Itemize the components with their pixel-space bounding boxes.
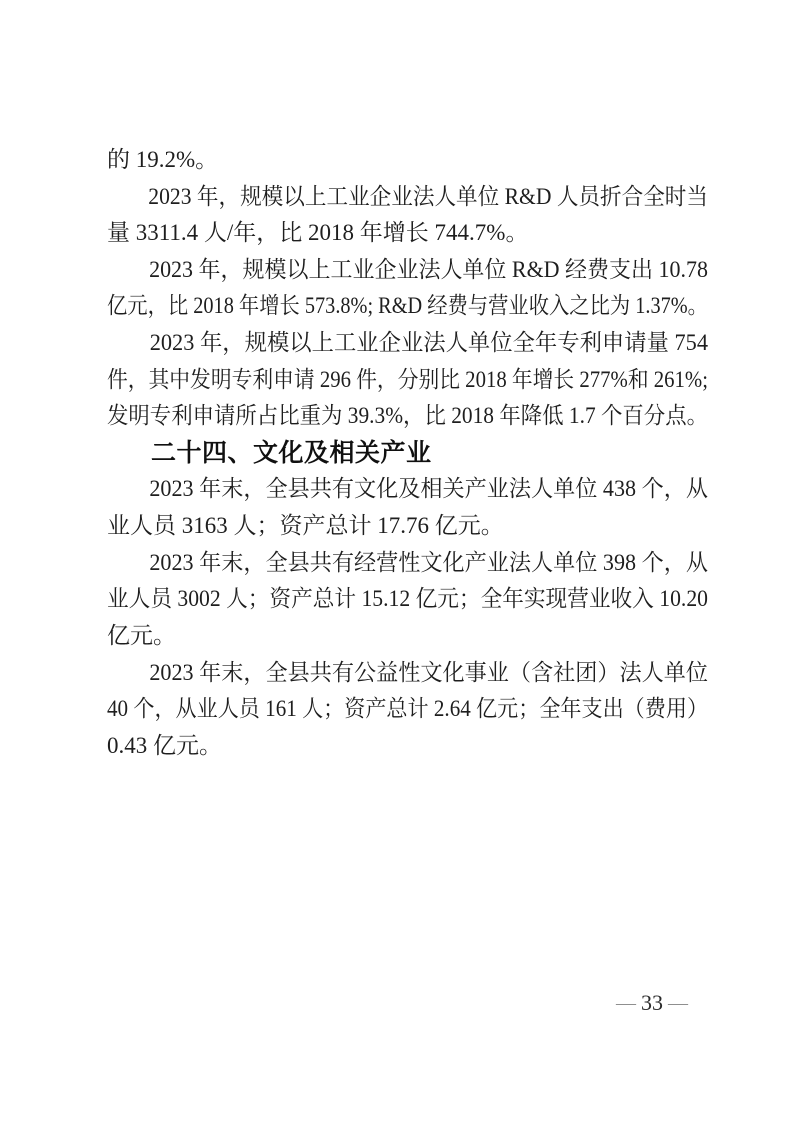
text-line: 的 19.2%。 [107,142,708,179]
text-run: 2023 年，规模以上工业企业法人单位 R&D 经费支出 10.78 [107,252,708,289]
text-line: 2023 年，规模以上工业企业法人单位 R&D 经费支出 10.78 [107,252,708,289]
text-run: 业人员 3163 人；资产总计 17.76 亿元。 [107,508,504,545]
text-line: 2023 年，规模以上工业企业法人单位全年专利申请量 754 [107,325,708,362]
text-line: 二十四、文化及相关产业 [107,435,708,472]
text-run: 量 3311.4 人/年，比 2018 年增长 744.7%。 [107,215,528,252]
text-run: 的 19.2%。 [107,142,218,179]
footer-dash-right: — [668,988,688,1018]
document-page: { "content": { "paragraphs": [ { "role":… [0,0,793,1122]
text-run: 0.43 亿元。 [107,728,222,765]
text-line: 2023 年末，全县共有公益性文化事业（含社团）法人单位 [107,655,708,692]
page-background: 的 19.2%。2023 年，规模以上工业企业法人单位 R&D 人员折合全时当量… [0,0,793,1122]
text-line: 业人员 3002 人；资产总计 15.12 亿元；全年实现营业收入 10.20 [107,581,708,618]
text-run: 二十四、文化及相关产业 [107,435,432,472]
paragraph: 2023 年末，全县共有公益性文化事业（含社团）法人单位40 个，从业人员 16… [107,655,708,765]
text-line: 2023 年，规模以上工业企业法人单位 R&D 人员折合全时当 [107,179,708,216]
section-heading: 二十四、文化及相关产业 [107,435,708,472]
page-footer: — 33 — [611,988,693,1018]
text-line: 量 3311.4 人/年，比 2018 年增长 744.7%。 [107,215,708,252]
paragraph: 2023 年，规模以上工业企业法人单位 R&D 经费支出 10.78亿元，比 2… [107,252,708,325]
footer-dash-left: — [616,988,636,1018]
paragraph: 2023 年，规模以上工业企业法人单位 R&D 人员折合全时当量 3311.4 … [107,179,708,252]
text-run: 2023 年末，全县共有经营性文化产业法人单位 398 个，从 [107,545,708,582]
text-run: 亿元，比 2018 年增长 573.8%; R&D 经费与营业收入之比为 1.3… [107,288,708,325]
paragraph: 的 19.2%。 [107,142,708,179]
text-run: 2023 年末，全县共有文化及相关产业法人单位 438 个，从 [107,471,708,508]
text-run: 2023 年末，全县共有公益性文化事业（含社团）法人单位 [107,655,708,692]
text-line: 40 个，从业人员 161 人；资产总计 2.64 亿元；全年支出（费用） [107,691,708,728]
paragraph: 2023 年，规模以上工业企业法人单位全年专利申请量 754件，其中发明专利申请… [107,325,708,435]
text-run: 业人员 3002 人；资产总计 15.12 亿元；全年实现营业收入 10.20 [107,581,708,618]
page-number: 33 [641,988,663,1018]
text-line: 2023 年末，全县共有经营性文化产业法人单位 398 个，从 [107,545,708,582]
text-line: 2023 年末，全县共有文化及相关产业法人单位 438 个，从 [107,471,708,508]
text-line: 0.43 亿元。 [107,728,708,765]
text-line: 亿元，比 2018 年增长 573.8%; R&D 经费与营业收入之比为 1.3… [107,288,708,325]
paragraph: 2023 年末，全县共有文化及相关产业法人单位 438 个，从业人员 3163 … [107,471,708,544]
text-line: 发明专利申请所占比重为 39.3%，比 2018 年降低 1.7 个百分点。 [107,398,708,435]
text-run: 40 个，从业人员 161 人；资产总计 2.64 亿元；全年支出（费用） [107,691,708,728]
text-run: 亿元。 [107,618,176,655]
text-run: 2023 年，规模以上工业企业法人单位 R&D 人员折合全时当 [107,179,708,216]
text-line: 件，其中发明专利申请 296 件，分别比 2018 年增长 277%和 261%… [107,362,708,399]
text-line: 亿元。 [107,618,708,655]
text-run: 件，其中发明专利申请 296 件，分别比 2018 年增长 277%和 261%… [107,362,708,399]
document-body: 的 19.2%。2023 年，规模以上工业企业法人单位 R&D 人员折合全时当量… [107,142,708,764]
text-run: 发明专利申请所占比重为 39.3%，比 2018 年降低 1.7 个百分点。 [107,398,708,435]
paragraph: 2023 年末，全县共有经营性文化产业法人单位 398 个，从业人员 3002 … [107,545,708,655]
text-line: 业人员 3163 人；资产总计 17.76 亿元。 [107,508,708,545]
text-run: 2023 年，规模以上工业企业法人单位全年专利申请量 754 [107,325,708,362]
